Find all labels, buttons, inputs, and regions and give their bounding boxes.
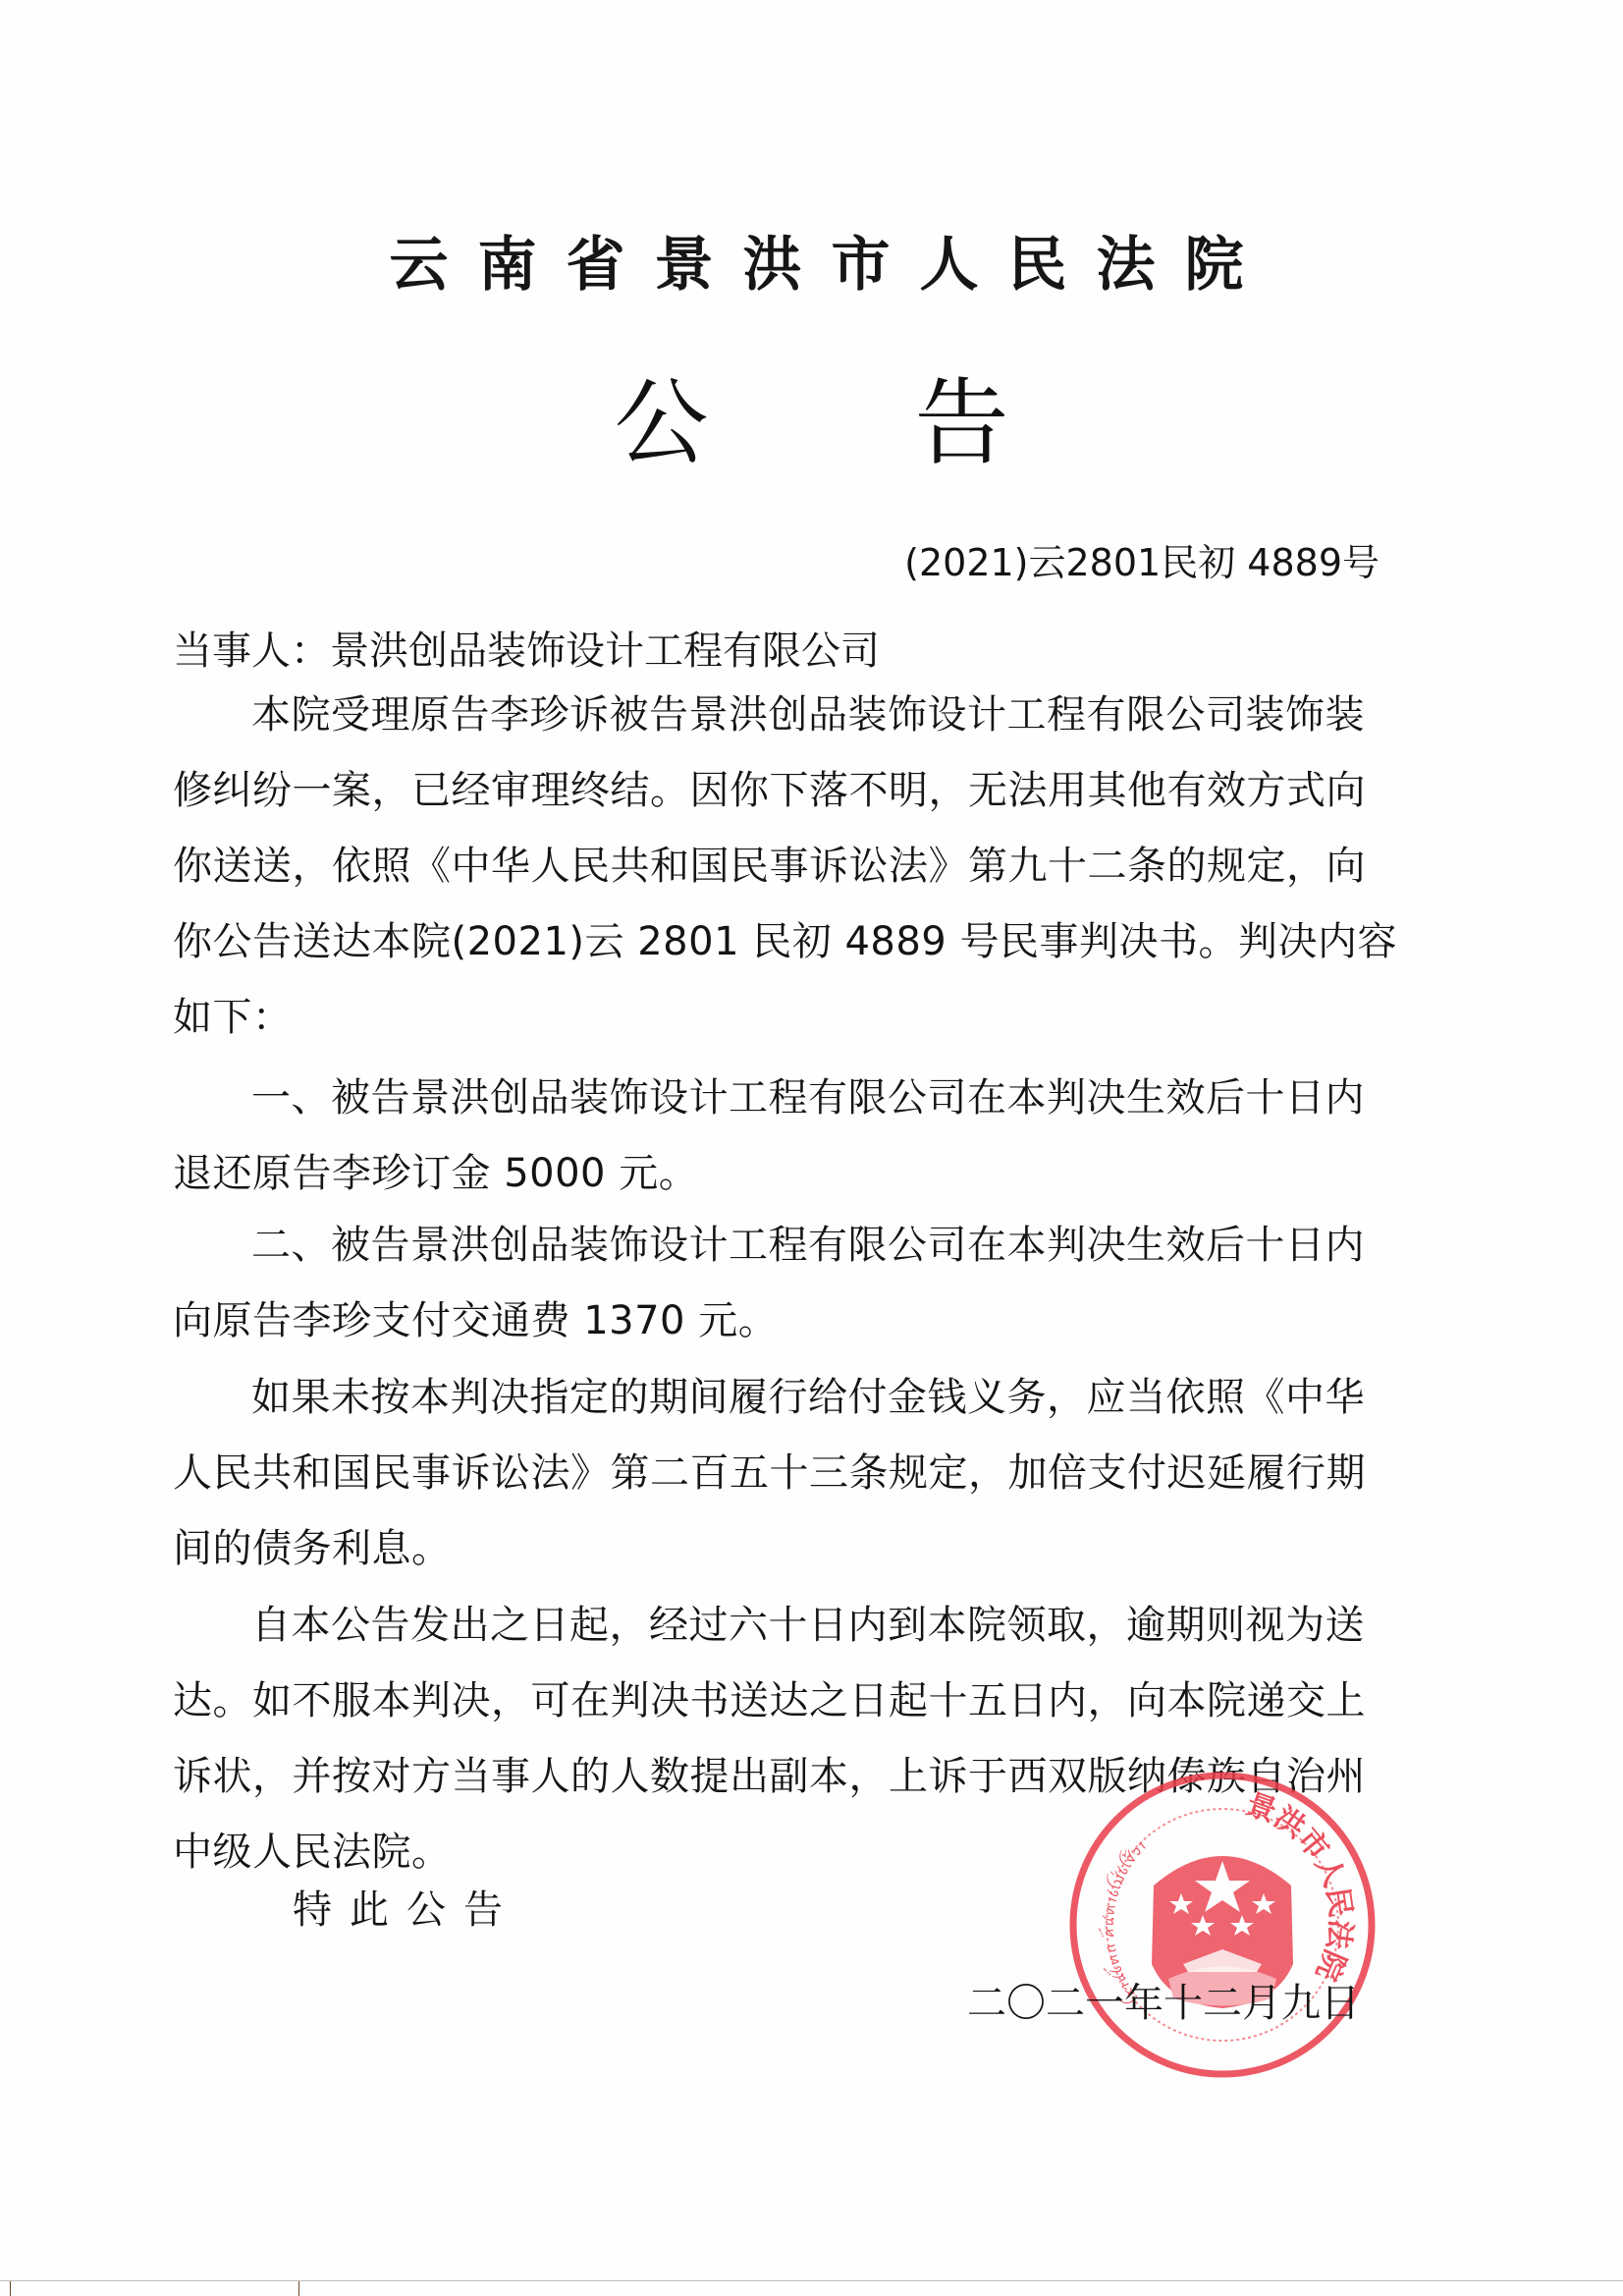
court-seal-icon: 景洪市人民法院 ꪶꪎꪱꪙꪉꪾꪕꪒ ꪁꪾꪙꪕꪱꪉꪶꪣ꪿ꪉꪶꪥ꫁ꪫꪱ xyxy=(1065,1768,1380,2082)
notice-title: 公告 xyxy=(0,349,1623,483)
paragraph-text: 如果未按本判决指定的期间履行给付金钱义务，应当依照《中华人民共和国民事诉讼法》第… xyxy=(173,1375,1366,1571)
notice-title-char-1: 公 xyxy=(615,349,709,483)
court-name-heading: 云南省景洪市人民法院 xyxy=(0,218,1623,302)
closing-statement: 特此公告 xyxy=(293,1879,520,1935)
paragraph-case-intro: 本院受理原告李珍诉被告景洪创品装饰设计工程有限公司装饰装修纠纷一案，已经审理终结… xyxy=(173,678,1400,1056)
scan-edge-tick xyxy=(298,2281,299,2296)
paragraph-judgment-item-2: 二、被告景洪创品装饰设计工程有限公司在本判决生效后十日内向原告李珍支付交通费 1… xyxy=(173,1208,1400,1359)
issue-date: 二〇二一年十二月九日 xyxy=(967,1972,1360,2028)
party-label: 当事人： xyxy=(173,629,330,674)
party-name: 景洪创品装饰设计工程有限公司 xyxy=(330,629,880,674)
notice-title-char-2: 告 xyxy=(915,349,1009,483)
paragraph-text: 二、被告景洪创品装饰设计工程有限公司在本判决生效后十日内向原告李珍支付交通费 1… xyxy=(173,1223,1365,1343)
paragraph-late-payment: 如果未按本判决指定的期间履行给付金钱义务，应当依照《中华人民共和国民事诉讼法》第… xyxy=(173,1360,1400,1587)
paragraph-text: 一、被告景洪创品装饰设计工程有限公司在本判决生效后十日内退还原告李珍订金 500… xyxy=(173,1075,1365,1196)
case-number: (2021)云2801民初 4889号 xyxy=(904,532,1380,586)
scan-edge-tick xyxy=(10,2281,11,2296)
paragraph-text: 本院受理原告李珍诉被告景洪创品装饰设计工程有限公司装饰装修纠纷一案，已经审理终结… xyxy=(173,692,1397,1040)
paragraph-judgment-item-1: 一、被告景洪创品装饰设计工程有限公司在本判决生效后十日内退还原告李珍订金 500… xyxy=(173,1061,1400,1212)
document-page: 云南省景洪市人民法院 公告 (2021)云2801民初 4889号 当事人：景洪… xyxy=(0,0,1623,2296)
scan-edge-divider xyxy=(0,2280,1623,2281)
